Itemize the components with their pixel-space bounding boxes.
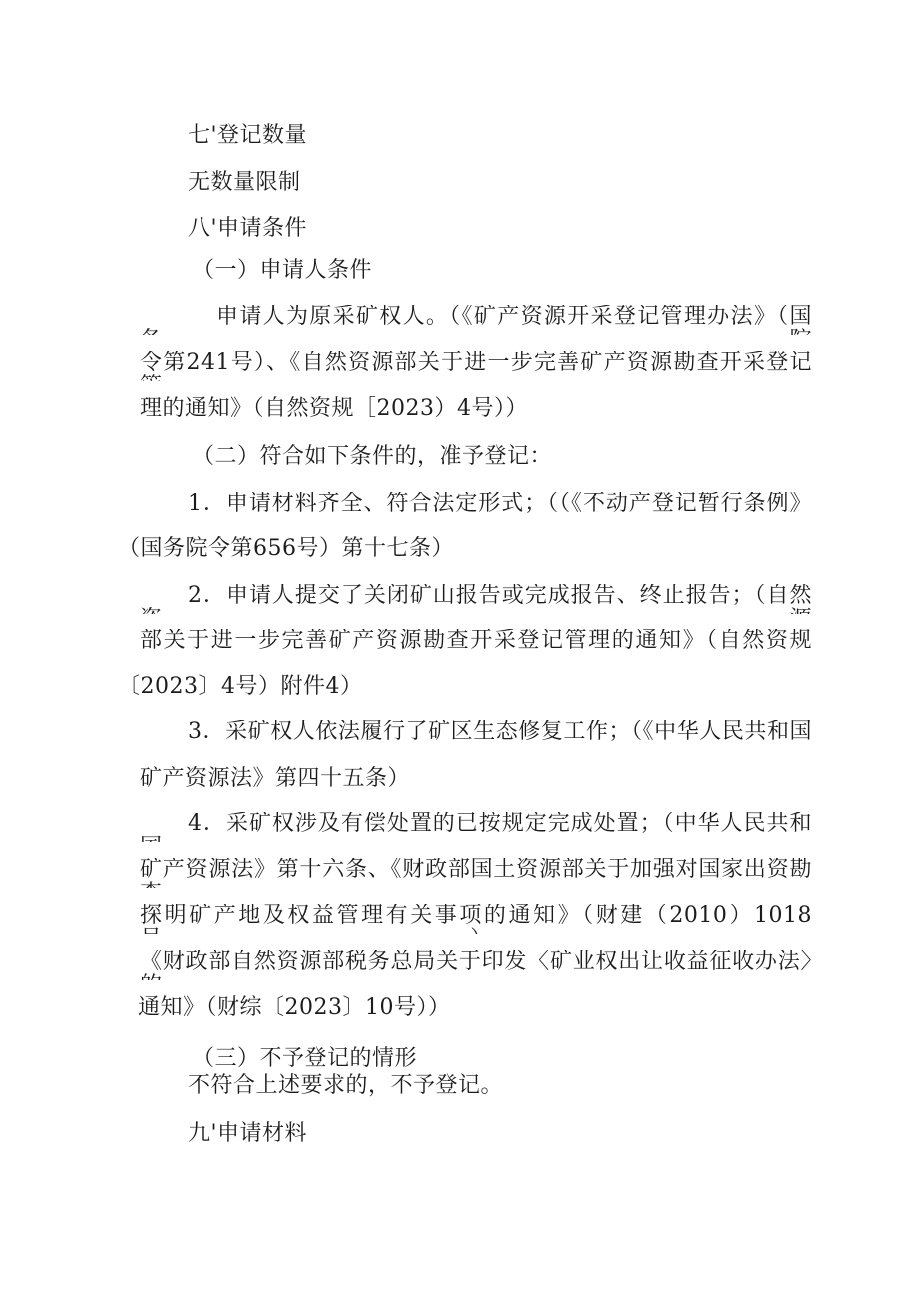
subsection-heading-refusal-cases: （三）不予登记的情形 bbox=[192, 1047, 417, 1071]
subsection-heading-registration-criteria: （二）符合如下条件的，准予登记： bbox=[192, 445, 552, 469]
body-line: 部关于进一步完善矿产资源勘查开采登记管理的通知》（自然资规 bbox=[140, 629, 812, 653]
body-line: 矿产资源法》第四十五条） bbox=[140, 767, 410, 791]
body-line: 〔2023〕4号）附件4） bbox=[118, 675, 362, 699]
section-heading-registration-quantity: 七'登记数量 bbox=[188, 124, 307, 148]
document-page: 七'登记数量 无数量限制 八'申请条件 （一）申请人条件 申请人为原采矿权人。（… bbox=[0, 0, 920, 1301]
numbered-item-2: 2．申请人提交了关闭矿山报告或完成报告、终止报告；（自然资源 bbox=[140, 584, 812, 614]
body-line: 《财政部自然资源部税务总局关于印发〈矿业权出让收益征收办法〉的 bbox=[140, 950, 812, 980]
body-line: 通知》（财综〔2023〕10号）） bbox=[138, 996, 450, 1020]
numbered-item-3: 3．采矿权人依法履行了矿区生态修复工作；（《中华人民共和国 bbox=[140, 720, 812, 744]
section-heading-application-materials: 九'申请材料 bbox=[188, 1122, 307, 1146]
body-line: 矿产资源法》第十六条、《财政部国土资源部关于加强对国家出资勘查 bbox=[140, 858, 812, 888]
numbered-item-1: 1．申请材料齐全、符合法定形式；（（《不动产登记暂行条例》 bbox=[140, 492, 812, 516]
body-line: （国务院令第656号）第十七条） bbox=[118, 537, 454, 561]
body-line: 探明矿产地及权益管理有关事项的通知》（财建（2010）1018号）、 bbox=[140, 904, 812, 934]
subsection-heading-applicant-conditions: （一）申请人条件 bbox=[192, 259, 372, 283]
body-line-no-quantity-limit: 无数量限制 bbox=[188, 171, 301, 195]
section-heading-application-conditions: 八'申请条件 bbox=[188, 217, 307, 241]
body-line: 理的通知》（自然资规［2023）4号）） bbox=[140, 397, 528, 421]
numbered-item-4: 4．采矿权涉及有偿处置的已按规定完成处置；（中华人民共和国 bbox=[140, 812, 812, 842]
body-line: 申请人为原采矿权人。（《矿产资源开采登记管理办法》（国务院 bbox=[140, 305, 812, 335]
body-line: 令第241号）、《自然资源部关于进一步完善矿产资源勘查开采登记管 bbox=[140, 351, 812, 381]
body-line-refusal-statement: 不符合上述要求的，不予登记。 bbox=[188, 1074, 503, 1098]
